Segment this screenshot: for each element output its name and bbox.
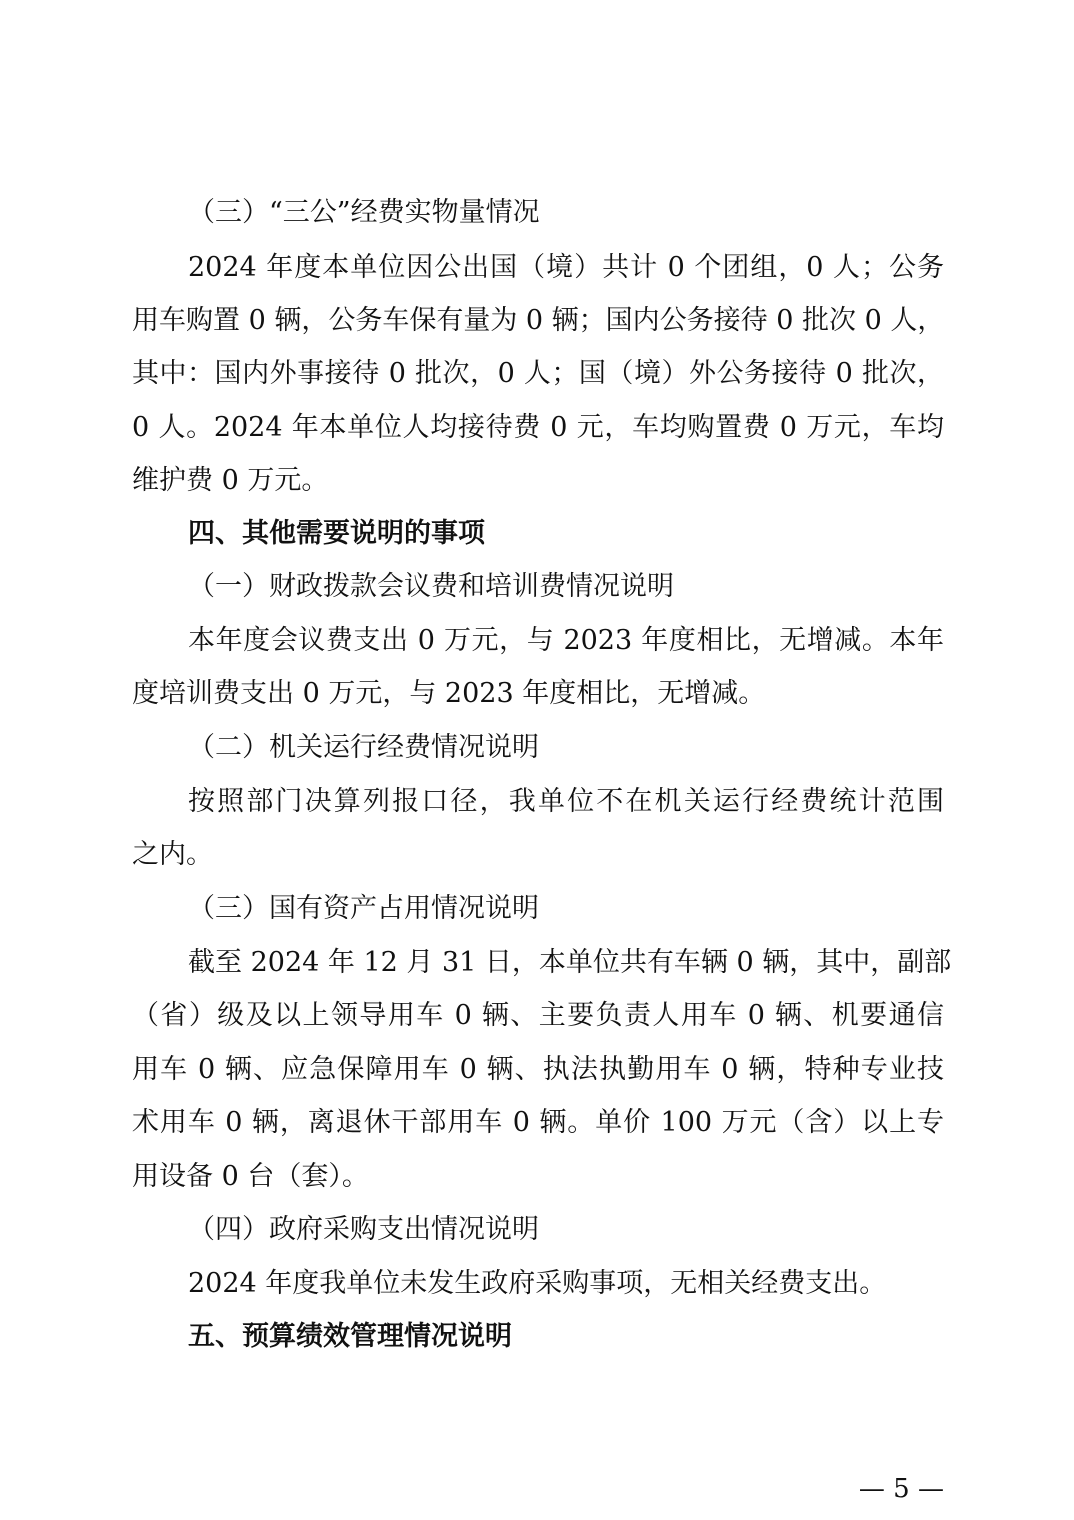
paragraph-line: 本年度会议费支出 0 万元，与 2023 年度相比，无增减。本年 <box>188 623 944 659</box>
page-number: — 5 — <box>840 1474 944 1504</box>
paragraph-line: 0 人。2024 年本单位人均接待费 0 元，车均购置费 0 万元，车均 <box>132 410 944 446</box>
document-page: （三）“三公”经费实物量情况 2024 年度本单位因公出国（境）共计 0 个团组… <box>0 0 1074 1520</box>
paragraph-line: 截至 2024 年 12 月 31 日，本单位共有车辆 0 辆，其中，副部 <box>188 945 944 981</box>
paragraph-line: 维护费 0 万元。 <box>132 463 944 499</box>
paragraph-line: 用车购置 0 辆，公务车保有量为 0 辆；国内公务接待 0 批次 0 人， <box>132 303 944 339</box>
paragraph-line: 术用车 0 辆，离退休干部用车 0 辆。单价 100 万元（含）以上专 <box>132 1105 944 1141</box>
paragraph-line: （省）级及以上领导用车 0 辆、主要负责人用车 0 辆、机要通信 <box>132 998 944 1034</box>
paragraph-line: 2024 年度本单位因公出国（境）共计 0 个团组，0 人；公务 <box>188 250 944 286</box>
subsection-title-state-assets: （三）国有资产占用情况说明 <box>188 891 944 927</box>
subsection-title-operating-expenses: （二）机关运行经费情况说明 <box>188 730 944 766</box>
section-heading-performance-management: 五、预算绩效管理情况说明 <box>188 1319 944 1355</box>
paragraph-line: 度培训费支出 0 万元，与 2023 年度相比，无增减。 <box>132 676 944 712</box>
section-heading-other-matters: 四、其他需要说明的事项 <box>188 516 944 552</box>
paragraph-line: 按照部门决算列报口径，我单位不在机关运行经费统计范围 <box>188 784 944 820</box>
paragraph-line: 2024 年度我单位未发生政府采购事项，无相关经费支出。 <box>188 1266 944 1302</box>
subsection-title-sangong-quantity: （三）“三公”经费实物量情况 <box>188 195 944 231</box>
subsection-title-meeting-training: （一）财政拨款会议费和培训费情况说明 <box>188 569 944 605</box>
subsection-title-gov-procurement: （四）政府采购支出情况说明 <box>188 1212 944 1248</box>
paragraph-line: 之内。 <box>132 837 944 873</box>
paragraph-line: 用车 0 辆、应急保障用车 0 辆、执法执勤用车 0 辆，特种专业技 <box>132 1052 944 1088</box>
paragraph-line: 其中：国内外事接待 0 批次，0 人；国（境）外公务接待 0 批次， <box>132 356 944 392</box>
paragraph-line: 用设备 0 台（套）。 <box>132 1159 944 1195</box>
